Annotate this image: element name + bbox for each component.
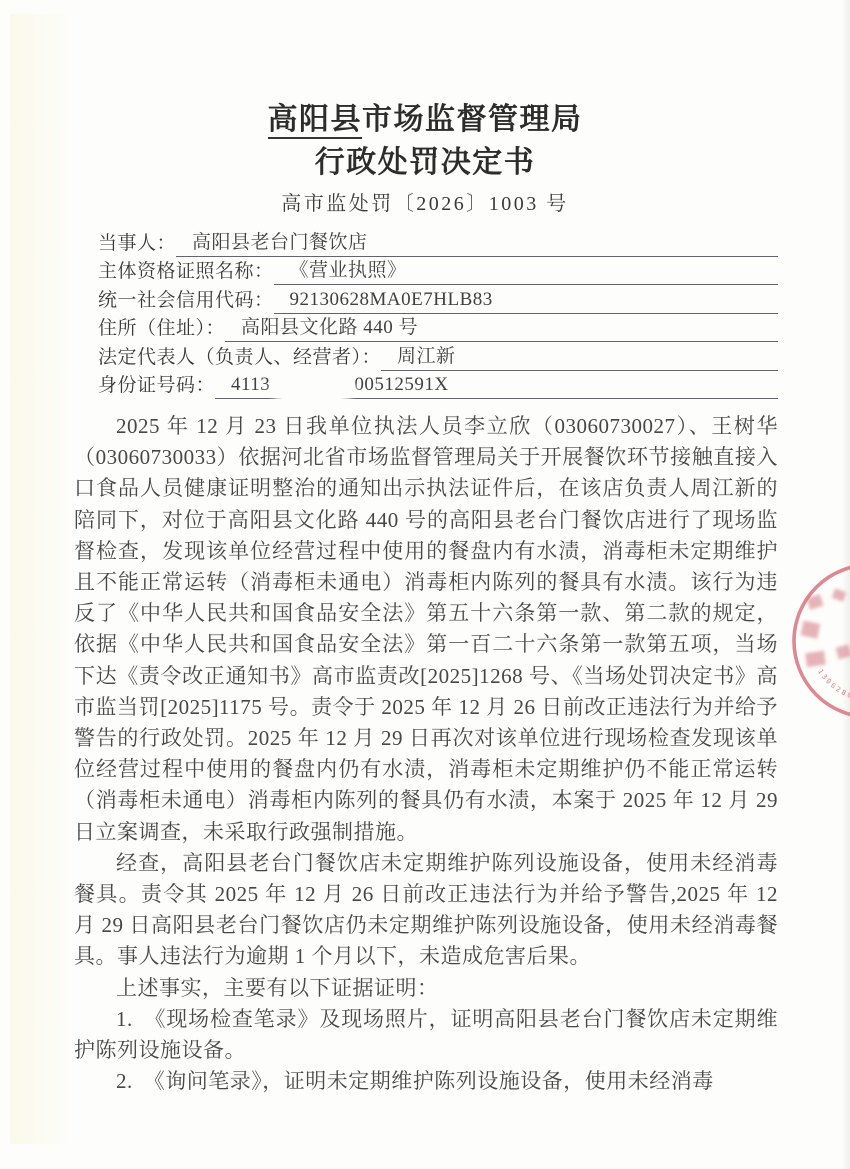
field-row-party: 当事人： 高阳县老台门餐饮店 [98,228,778,257]
field-row-license-name: 主体资格证照名称： 《营业执照》 [98,257,778,286]
field-value: 《营业执照》 [274,255,778,285]
id-number-end: 00512591X [354,374,448,395]
redaction-blob [272,376,354,402]
scanned-document-page: 高阳县市场监督管理局 行政处罚决定书 高市监处罚〔2026〕1003 号 当事人… [0,0,850,1169]
id-number-start: 4113 [231,374,270,395]
field-label: 住所（住址）： [98,313,225,342]
document-number: 高市监处罚〔2026〕1003 号 [0,189,850,219]
agency-name-underlined: 高阳县 [268,103,363,139]
field-row-id-number: 身份证号码： 411300512591X [98,371,778,400]
field-value: 高阳县文化路 440 号 [225,312,778,342]
field-row-address: 住所（住址）： 高阳县文化路 440 号 [98,314,778,343]
document-body: 2025 年 12 月 23 日我单位执法人员李立欣（03060730027）、… [74,411,778,1097]
party-info-fields: 当事人： 高阳县老台门餐饮店 主体资格证照名称： 《营业执照》 统一社会信用代码… [98,228,778,399]
field-value: 高阳县老台门餐饮店 [176,227,778,257]
field-label: 身份证号码： [98,370,215,399]
field-label: 统一社会信用代码： [98,285,274,314]
field-value: 92130628MA0E7HLB83 [274,289,778,314]
document-header: 高阳县市场监督管理局 行政处罚决定书 高市监处罚〔2026〕1003 号 [0,0,850,219]
paragraph-evidence-intro: 上述事实，主要有以下证据证明： [74,973,778,1004]
document-type-title: 行政处罚决定书 [0,141,850,184]
field-label: 当事人： [98,228,176,257]
agency-title: 高阳县市场监督管理局 [0,98,850,141]
field-label: 主体资格证照名称： [98,256,274,285]
stamp-inner-marks [801,588,850,667]
paragraph-inspection-facts: 2025 年 12 月 23 日我单位执法人员李立欣（03060730027）、… [74,411,778,848]
field-value: 411300512591X [215,364,778,399]
evidence-item-1: 1. 《现场检查笔录》及现场照片，证明高阳县老台门餐饮店未定期维护陈列设施设备。 [74,1004,778,1066]
paragraph-findings: 经查，高阳县老台门餐饮店未定期维护陈列设施设备，使用未经消毒餐具。责令其 202… [74,848,778,973]
evidence-item-2: 2. 《询问笔录》，证明未定期维护陈列设施设备，使用未经消毒 [74,1066,778,1097]
official-red-stamp: 1306280010 [780,552,850,737]
agency-name-rest: 市场监督管理局 [362,103,583,136]
field-row-credit-code: 统一社会信用代码： 92130628MA0E7HLB83 [98,285,778,314]
